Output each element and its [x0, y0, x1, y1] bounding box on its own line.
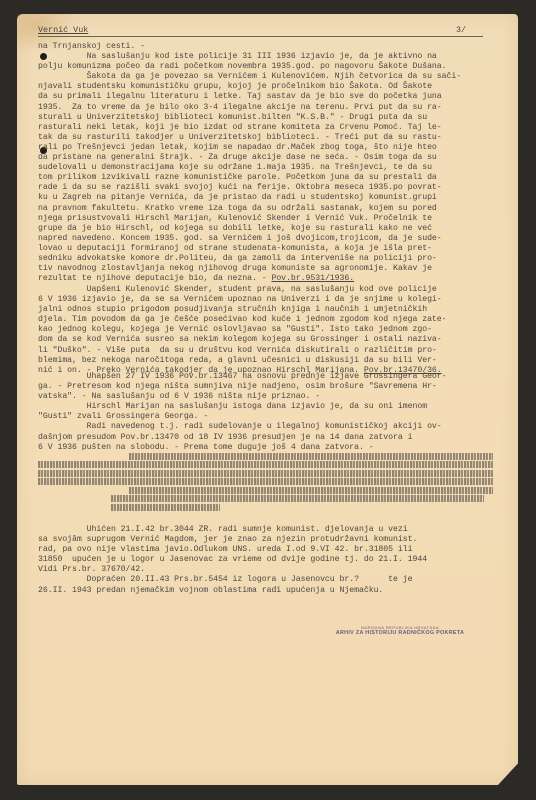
page-number: 3/ — [456, 25, 466, 35]
text-line: dom da se kod Vernića susreo sa nekim ko… — [38, 335, 442, 344]
text-line: 1935. Za to vreme da je bilo oko 3-4 ile… — [38, 103, 442, 112]
text-line: blemima, bez nekoga naročitoga reda, a g… — [38, 356, 437, 365]
text-line: rade i da su se razišli svaki svojoj kuć… — [38, 183, 442, 192]
text-line: rali po Trešnjevci jedan letak, kojim se… — [38, 143, 437, 152]
stamp-line-2: ARHIV ZA HISTORIJU RADNIČKOG POKRETA — [330, 630, 470, 636]
text-line: lovao u deputaciji formiranoj od strane … — [38, 244, 432, 253]
text-line: Uhićen 21.I.42 br.3044 ZR. radi sumnje k… — [38, 525, 408, 534]
text-line: na Trnjanskoj cesti. - — [38, 42, 145, 51]
text-line: Hirschl Marijan na saslušanju istoga dan… — [38, 402, 427, 411]
file-reference: Pov.br.9531/1936. — [271, 274, 354, 283]
paragraph-arrest-sentence: Uhapšen 27 IV 1936 Pov.br.13467 na osnov… — [38, 372, 493, 453]
text-line: da pristane na generalni štrajk. - Za dr… — [38, 153, 437, 162]
text-line: grupe da je bio Hirschl, od kojega su do… — [38, 224, 432, 233]
text-line: napred navedeno. Koncem 1935. god. sa Ve… — [38, 234, 442, 243]
text-line: rezultat te njihove deputacije bio, da n… — [38, 274, 271, 283]
text-line: "Gusti" zvali Grossingera Georga. - — [38, 412, 208, 421]
text-line: njavali studentsku komunističku grupu, k… — [38, 82, 432, 91]
struck-out-line — [129, 453, 493, 460]
text-line: tom prilikom izvikivali razne komunistič… — [38, 173, 437, 182]
struck-out-line — [38, 478, 493, 485]
text-line: vatska". - Na saslušanju od 6 V 1936 niš… — [38, 392, 320, 401]
page-header: Vernić Vuk 3/ — [38, 24, 483, 37]
text-line: 6 V 1936 izjavio je, da se sa Vernićem u… — [38, 295, 442, 304]
paragraph-ustasha-arrest: Uhićen 21.I.42 br.3044 ZR. radi sumnje k… — [38, 525, 493, 596]
text-line: sturali u Univerzitetskoj biblioteci kom… — [38, 113, 427, 122]
text-line: sa svojâm suprugom Vernić Magdom, jer je… — [38, 535, 417, 544]
struck-out-line — [38, 461, 493, 468]
paragraph-kulenovic-statement: Uapšeni Kulenović Skender, student prava… — [38, 285, 493, 376]
text-line: djela. Tim povodom da ga je češće poseći… — [38, 315, 447, 324]
text-line: Na saslušanju kod iste policije 31 III 1… — [38, 52, 437, 61]
text-line: ku u Zagreb na pitanje Vernića, da je pr… — [38, 193, 437, 202]
text-line: Dopraćen 20.II.43 Prs.br.5454 iz logora … — [38, 575, 412, 584]
paragraph-police-interrogation: na Trnjanskoj cesti. - Na saslušanju kod… — [38, 42, 493, 284]
text-line: sedniku advokatske komore dr.Politeu, da… — [38, 254, 437, 263]
text-line: Uapšeni Kulenović Skender, student prava… — [38, 285, 437, 294]
text-line: Uhapšen 27 IV 1936 Pov.br.13467 na osnov… — [38, 372, 447, 381]
text-line: tak da su rasturili takodjer u Univerzit… — [38, 133, 442, 142]
archive-stamp: NARODNA REPUBLIKA HRVATSKA ARHIV ZA HIST… — [330, 625, 470, 636]
text-line: rasturali neki letak, koji je bio izdat … — [38, 123, 442, 132]
text-line: 26.II. 1943 predan njemačkim vojnom obla… — [38, 586, 383, 595]
text-line: 31850 upućen je u logor u Jasenovac za v… — [38, 555, 427, 564]
text-line: Radi navedenog t.j. radi sudelovanje u i… — [38, 422, 442, 431]
text-line: tiv navodnog zlostavljanja nekog njihovo… — [38, 264, 432, 273]
text-line: Šakota da ga je povezao sa Vernićem i Ku… — [38, 72, 461, 81]
person-name: Vernić Vuk — [38, 25, 88, 35]
struck-out-text-block — [38, 451, 493, 513]
text-line: polju komunizma počeo da radi početkom n… — [38, 62, 447, 71]
text-line: njega prisustvovali Hirschl Marijan, Kul… — [38, 214, 432, 223]
text-line: na pravnom fakultetu. Kratko vreme iza t… — [38, 204, 437, 213]
text-line: dašnjom presudom Pov.br.13470 od 18 IV 1… — [38, 433, 412, 442]
struck-out-line — [111, 504, 220, 511]
struck-out-line — [38, 470, 493, 477]
text-line: rad, pa ovo nije vlastima javio.Odlukom … — [38, 545, 412, 554]
text-line: kao jednog kolegu, kojega je Vernić oslo… — [38, 325, 432, 334]
text-line: Vidi Prs.br. 37670/42. — [38, 565, 145, 574]
text-line: ga. - Pretresom kod njega ništa sumnjiva… — [38, 382, 437, 391]
text-line: jalni odnos stupio prigodom posudjivanja… — [38, 305, 427, 314]
struck-out-line — [129, 487, 493, 494]
struck-out-line — [111, 495, 484, 502]
text-line: li "Duško". - Više puta da su u društvu … — [38, 346, 437, 355]
text-line: da su primali ilegalnu literaturu i letk… — [38, 92, 442, 101]
text-line: sudelovali u demonstracijama koje su odr… — [38, 163, 432, 172]
